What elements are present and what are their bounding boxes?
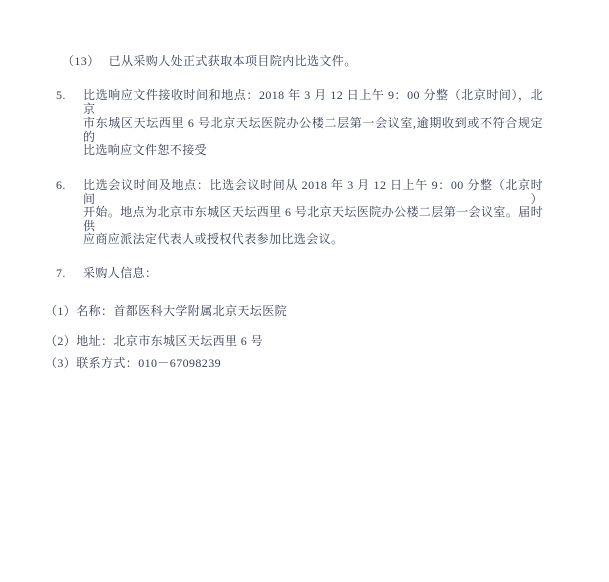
purchaser-address-label: （2）地址： bbox=[45, 334, 113, 348]
purchaser-address-line: （2）地址：北京市东城区天坛西里 6 号 bbox=[45, 334, 263, 348]
clause-13-marker: （13） bbox=[62, 54, 100, 68]
purchaser-address-value: 北京市东城区天坛西里 6 号 bbox=[113, 334, 263, 348]
item-6-line-1: 比选会议时间及地点：比选会议时间从 2018 年 3 月 12 日上午 9：00… bbox=[83, 178, 543, 206]
item-6-line-3: 应商应派法定代表人或授权代表参加比选会议。 bbox=[83, 232, 543, 246]
item-5-number: 5. bbox=[56, 88, 66, 102]
item-5-line-3: 比选响应文件恕不接受 bbox=[83, 143, 543, 157]
item-5-line-2: 市东城区天坛西里 6 号北京天坛医院办公楼二层第一会议室,逾期收到或不符合规定的 bbox=[83, 116, 543, 144]
item-6-line-2: 开始。地点为北京市东城区天坛西里 6 号北京天坛医院办公楼二层第一会议室。届时供 bbox=[83, 205, 543, 233]
item-7-number: 7. bbox=[56, 266, 66, 280]
purchaser-contact-line: （3）联系方式：010－67098239 bbox=[45, 356, 221, 370]
item-6-number: 6. bbox=[56, 178, 66, 192]
document-page: （13）已从采购人处正式获取本项目院内比选文件。 5. 比选响应文件接收时间和地… bbox=[0, 0, 609, 582]
purchaser-name-label: （1）名称： bbox=[45, 304, 113, 318]
clause-13-text: 已从采购人处正式获取本项目院内比选文件。 bbox=[109, 54, 357, 68]
item-5-line-1: 比选响应文件接收时间和地点：2018 年 3 月 12 日上午 9：00 分整（… bbox=[83, 88, 543, 116]
purchaser-contact-label: （3）联系方式： bbox=[45, 356, 138, 370]
item-7-title: 采购人信息： bbox=[83, 266, 543, 280]
purchaser-name-line: （1）名称：首都医科大学附属北京天坛医院 bbox=[45, 304, 287, 318]
clause-13-line: （13）已从采购人处正式获取本项目院内比选文件。 bbox=[62, 54, 357, 68]
purchaser-name-value: 首都医科大学附属北京天坛医院 bbox=[113, 304, 287, 318]
purchaser-contact-value: 010－67098239 bbox=[138, 356, 221, 370]
